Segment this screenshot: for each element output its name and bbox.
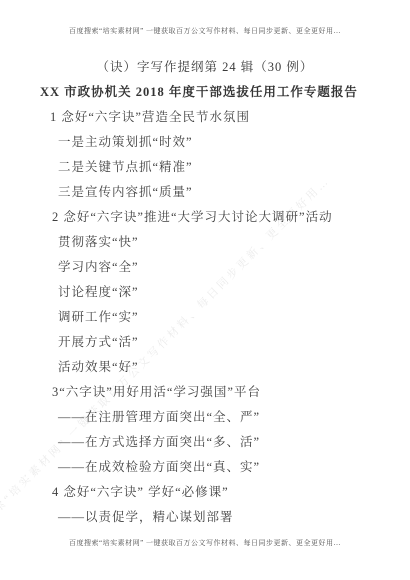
document-line: ——在注册管理方面突出“全、严” bbox=[0, 405, 410, 430]
document-line: ——在方式选择方面突出“多、活” bbox=[0, 430, 410, 455]
document-line: XX 市政协机关 2018 年度干部选拔任用工作专题报告 bbox=[0, 80, 410, 105]
document-line: 4 念好“六字诀” 学好“必修课” bbox=[0, 480, 410, 505]
document-line: 讨论程度“深” bbox=[0, 280, 410, 305]
document-page: 百度搜索“培实素材网” 一键获取百万公文写作材料、每日同步更新、更全更好用… 百… bbox=[0, 0, 410, 580]
document-line: 2 念好“六字诀”推进“大学习大讨论大调研”活动 bbox=[0, 205, 410, 230]
document-line: 调研工作“实” bbox=[0, 305, 410, 330]
document-line: 活动效果“好” bbox=[0, 355, 410, 380]
document-line: 开展方式“活” bbox=[0, 330, 410, 355]
document-line: 二是关键节点抓“精准” bbox=[0, 155, 410, 180]
header-slogan: 百度搜索“培实素材网” 一键获取百万公文写作材料、每日同步更新、更全更好用… bbox=[0, 26, 410, 36]
document-body: XX 市政协机关 2018 年度干部选拔任用工作专题报告 1 念好“六字诀”营造… bbox=[0, 80, 410, 530]
document-line: 1 念好“六字诀”营造全民节水氛围 bbox=[0, 105, 410, 130]
document-line: 3“六字诀”用好用活“学习强国”平台 bbox=[0, 380, 410, 405]
document-line: 三是宣传内容抓“质量” bbox=[0, 180, 410, 205]
document-line: ——以责促学，精心谋划部署 bbox=[0, 505, 410, 530]
document-title: （诀）字写作提纲第 24 辑（30 例） bbox=[0, 57, 410, 75]
document-line: 一是主动策划抓“时效” bbox=[0, 130, 410, 155]
footer-slogan: 百度搜索“培实素材网” 一键获取百万公文写作材料、每日同步更新、更全更好用… bbox=[0, 538, 410, 548]
document-line: 学习内容“全” bbox=[0, 255, 410, 280]
document-line: 贯彻落实“快” bbox=[0, 230, 410, 255]
document-line: ——在成效检验方面突出“真、实” bbox=[0, 455, 410, 480]
